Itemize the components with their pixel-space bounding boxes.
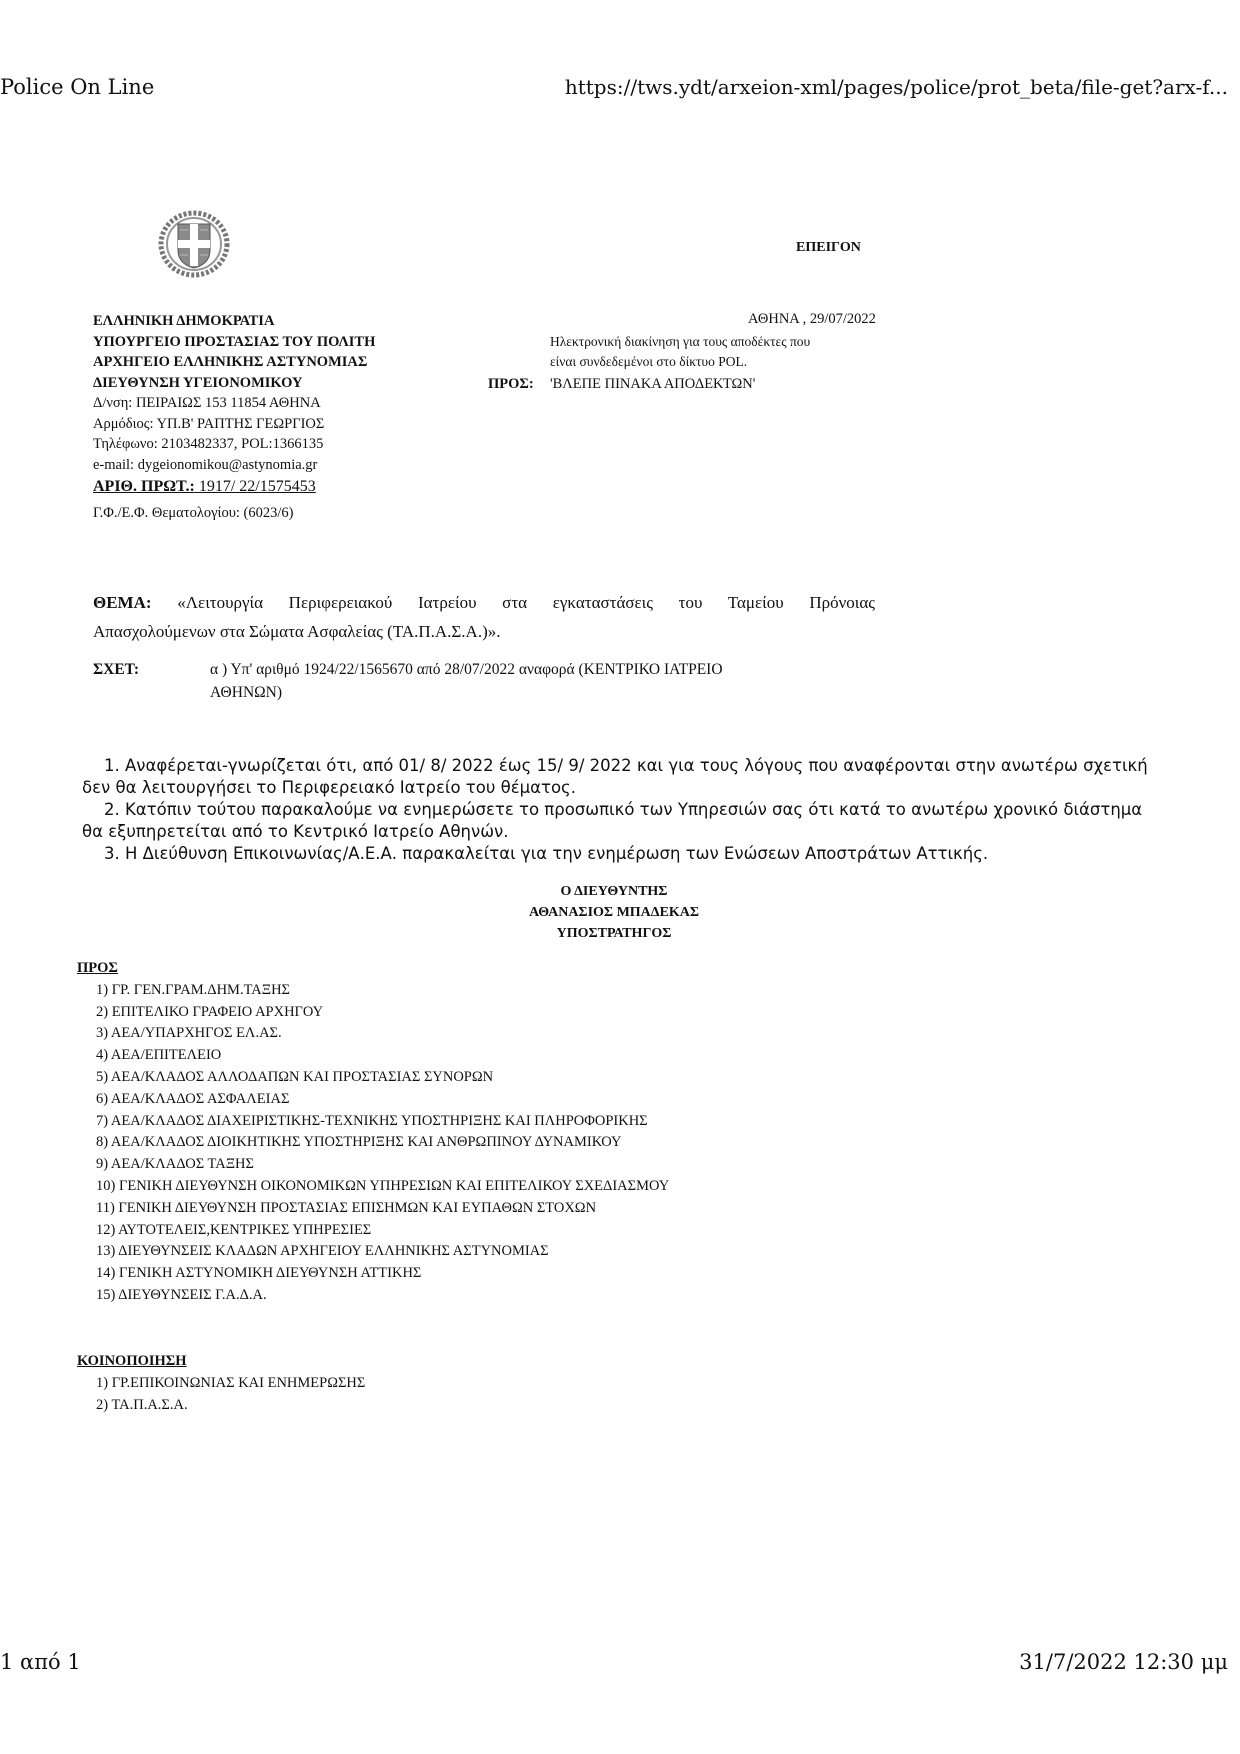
sender-republic: ΕΛΛΗΝΙΚΗ ΔΗΜΟΚΡΑΤΙΑ: [93, 311, 375, 332]
page-count: 1 από 1: [0, 1650, 81, 1674]
recipient-item: 1) ΓΡ. ΓΕΝ.ΓΡΑΜ.ΔΗΜ.ΤΑΞΗΣ: [96, 980, 669, 1002]
subject-label: ΘΕΜΑ:: [93, 593, 152, 612]
related-line: α ) Υπ' αριθμό 1924/22/1565670 από 28/07…: [210, 658, 830, 681]
cc-items: 1) ΓΡ.ΕΠΙΚΟΙΝΩΝΙΑΣ ΚΑΙ ΕΝΗΜΕΡΩΣΗΣ2) ΤΑ.Π…: [77, 1373, 365, 1417]
signature-block: Ο ΔΙΕΥΘΥΝΤΗΣ ΑΘΑΝΑΣΙΟΣ ΜΠΑΔΕΚΑΣ ΥΠΟΣΤΡΑΤ…: [0, 881, 1240, 944]
signature-rank: ΥΠΟΣΤΡΑΤΗΓΟΣ: [0, 923, 1234, 944]
recipient-item: 6) ΑΕΑ/ΚΛΑΔΟΣ ΑΣΦΑΛΕΙΑΣ: [96, 1089, 669, 1111]
paragraph-2: 2. Κατόπιν τούτου παρακαλούμε να ενημερώ…: [82, 799, 1157, 821]
cc-list: ΚΟΙΝΟΠΟΙΗΣΗ 1) ΓΡ.ΕΠΙΚΟΙΝΩΝΙΑΣ ΚΑΙ ΕΝΗΜΕ…: [77, 1351, 365, 1416]
sender-email: e-mail: dygeionomikou@astynomia.gr: [93, 455, 375, 476]
to-label: ΠΡΟΣ:: [488, 376, 550, 393]
sender-phone: Τηλέφωνο: 2103482337, POL:1366135: [93, 434, 375, 455]
to-line: ΠΡΟΣ:'ΒΛΕΠΕ ΠΙΝΑΚΑ ΑΠΟΔΕΚΤΩΝ': [488, 376, 755, 393]
print-timestamp: 31/7/2022 12:30 μμ: [1019, 1650, 1228, 1674]
protocol-label: ΑΡΙΘ. ΠΡΩΤ.:: [93, 478, 195, 495]
sender-directorate: ΔΙΕΥΘΥΝΣΗ ΥΓΕΙΟΝΟΜΙΚΟΥ: [93, 373, 375, 394]
file-reference: Γ.Φ./Ε.Φ. Θεματολογίου: (6023/6): [93, 503, 375, 524]
sender-ministry: ΥΠΟΥΡΓΕΙΟ ΠΡΟΣΤΑΣΙΑΣ ΤΟΥ ΠΟΛΙΤΗ: [93, 332, 375, 353]
paragraph-1: 1. Αναφέρεται-γνωρίζεται ότι, από 01/ 8/…: [82, 755, 1157, 777]
recipients-items: 1) ΓΡ. ΓΕΝ.ΓΡΑΜ.ΔΗΜ.ΤΑΞΗΣ2) ΕΠΙΤΕΛΙΚΟ ΓΡ…: [77, 980, 669, 1307]
electronic-note-line: είναι συνδεδεμένοι στο δίκτυο POL.: [550, 352, 890, 372]
sender-responsible: Αρμόδιος: ΥΠ.Β' ΡΑΠΤΗΣ ΓΕΩΡΓΙΟΣ: [93, 414, 375, 435]
place-date: ΑΘΗΝΑ , 29/07/2022: [748, 311, 876, 328]
recipient-item: 4) ΑΕΑ/ΕΠΙΤΕΛΕΙΟ: [96, 1045, 669, 1067]
letter-body: 1. Αναφέρεται-γνωρίζεται ότι, από 01/ 8/…: [82, 755, 1157, 865]
protocol-value: 1917/ 22/1575453: [199, 478, 316, 495]
recipient-item: 15) ΔΙΕΥΘΥΝΣΕΙΣ Γ.Α.Δ.Α.: [96, 1285, 669, 1307]
recipients-list: ΠΡΟΣ 1) ΓΡ. ΓΕΝ.ΓΡΑΜ.ΔΗΜ.ΤΑΞΗΣ2) ΕΠΙΤΕΛΙ…: [77, 958, 669, 1307]
recipients-title: ΠΡΟΣ: [77, 958, 669, 980]
recipient-item: 8) ΑΕΑ/ΚΛΑΔΟΣ ΔΙΟΙΚΗΤΙΚΗΣ ΥΠΟΣΤΗΡΙΞΗΣ ΚΑ…: [96, 1132, 669, 1154]
recipient-item: 12) ΑΥΤΟΤΕΛΕΙΣ,ΚΕΝΤΡΙΚΕΣ ΥΠΗΡΕΣΙΕΣ: [96, 1220, 669, 1242]
subject: ΘΕΜΑ: «Λειτουργία Περιφερειακού Ιατρείου…: [93, 588, 875, 646]
related-label: ΣΧΕΤ:: [93, 658, 139, 681]
paragraph-1-cont: δεν θα λειτουργήσει το Περιφερειακό Ιατρ…: [82, 777, 1157, 799]
recipient-item: 9) ΑΕΑ/ΚΛΑΔΟΣ ΤΑΞΗΣ: [96, 1154, 669, 1176]
protocol-number: ΑΡΙΘ. ΠΡΩΤ.: 1917/ 22/1575453: [93, 475, 375, 499]
print-header-url: https://tws.ydt/arxeion-xml/pages/police…: [565, 75, 1228, 99]
urgency-classification: ΕΠΕΙΓΟΝ: [796, 240, 861, 256]
greek-coat-of-arms-icon: [158, 210, 230, 278]
cc-item: 2) ΤΑ.Π.Α.Σ.Α.: [96, 1395, 365, 1417]
signature-name: ΑΘΑΝΑΣΙΟΣ ΜΠΑΔΕΚΑΣ: [0, 902, 1234, 923]
print-header-title: Police On Line: [0, 75, 154, 99]
subject-line: ΘΕΜΑ: «Λειτουργία Περιφερειακού Ιατρείου…: [93, 588, 875, 617]
sender-block: ΕΛΛΗΝΙΚΗ ΔΗΜΟΚΡΑΤΙΑ ΥΠΟΥΡΓΕΙΟ ΠΡΟΣΤΑΣΙΑΣ…: [93, 311, 375, 524]
recipient-item: 2) ΕΠΙΤΕΛΙΚΟ ΓΡΑΦΕΙΟ ΑΡΧΗΓΟΥ: [96, 1002, 669, 1024]
paragraph-2-cont: θα εξυπηρετείται από το Κεντρικό Ιατρείο…: [82, 821, 1157, 843]
signature-title: Ο ΔΙΕΥΘΥΝΤΗΣ: [0, 881, 1234, 902]
subject-line: Απασχολούμενων στα Σώματα Ασφαλείας (ΤΑ.…: [93, 617, 875, 646]
to-value: 'ΒΛΕΠΕ ΠΙΝΑΚΑ ΑΠΟΔΕΚΤΩΝ': [550, 376, 755, 392]
cc-item: 1) ΓΡ.ΕΠΙΚΟΙΝΩΝΙΑΣ ΚΑΙ ΕΝΗΜΕΡΩΣΗΣ: [96, 1373, 365, 1395]
sender-headquarters: ΑΡΧΗΓΕΙΟ ΕΛΛΗΝΙΚΗΣ ΑΣΤΥΝΟΜΙΑΣ: [93, 352, 375, 373]
cc-title: ΚΟΙΝΟΠΟΙΗΣΗ: [77, 1351, 365, 1373]
recipient-item: 3) ΑΕΑ/ΥΠΑΡΧΗΓΟΣ ΕΛ.ΑΣ.: [96, 1023, 669, 1045]
recipient-item: 11) ΓΕΝΙΚΗ ΔΙΕΥΘΥΝΣΗ ΠΡΟΣΤΑΣΙΑΣ ΕΠΙΣΗΜΩΝ…: [96, 1198, 669, 1220]
paragraph-3: 3. Η Διεύθυνση Επικοινωνίας/Α.Ε.Α. παρακ…: [82, 843, 1157, 865]
electronic-note-line: Ηλεκτρονική διακίνηση για τους αποδέκτες…: [550, 332, 890, 352]
subject-text: «Λειτουργία Περιφερειακού Ιατρείου στα ε…: [177, 593, 875, 612]
related-text: α ) Υπ' αριθμό 1924/22/1565670 από 28/07…: [210, 658, 830, 704]
related-line: ΑΘΗΝΩΝ): [210, 681, 830, 704]
recipient-item: 7) ΑΕΑ/ΚΛΑΔΟΣ ΔΙΑΧΕΙΡΙΣΤΙΚΗΣ-ΤΕΧΝΙΚΗΣ ΥΠ…: [96, 1111, 669, 1133]
recipient-item: 14) ΓΕΝΙΚΗ ΑΣΤΥΝΟΜΙΚΗ ΔΙΕΥΘΥΝΣΗ ΑΤΤΙΚΗΣ: [96, 1263, 669, 1285]
electronic-distribution-note: Ηλεκτρονική διακίνηση για τους αποδέκτες…: [550, 332, 890, 372]
recipient-item: 10) ΓΕΝΙΚΗ ΔΙΕΥΘΥΝΣΗ ΟΙΚΟΝΟΜΙΚΩΝ ΥΠΗΡΕΣΙ…: [96, 1176, 669, 1198]
recipient-item: 13) ΔΙΕΥΘΥΝΣΕΙΣ ΚΛΑΔΩΝ ΑΡΧΗΓΕΙΟΥ ΕΛΛΗΝΙΚ…: [96, 1241, 669, 1263]
recipient-item: 5) ΑΕΑ/ΚΛΑΔΟΣ ΑΛΛΟΔΑΠΩΝ ΚΑΙ ΠΡΟΣΤΑΣΙΑΣ Σ…: [96, 1067, 669, 1089]
sender-address: Δ/νση: ΠΕΙΡΑΙΩΣ 153 11854 ΑΘΗΝΑ: [93, 393, 375, 414]
